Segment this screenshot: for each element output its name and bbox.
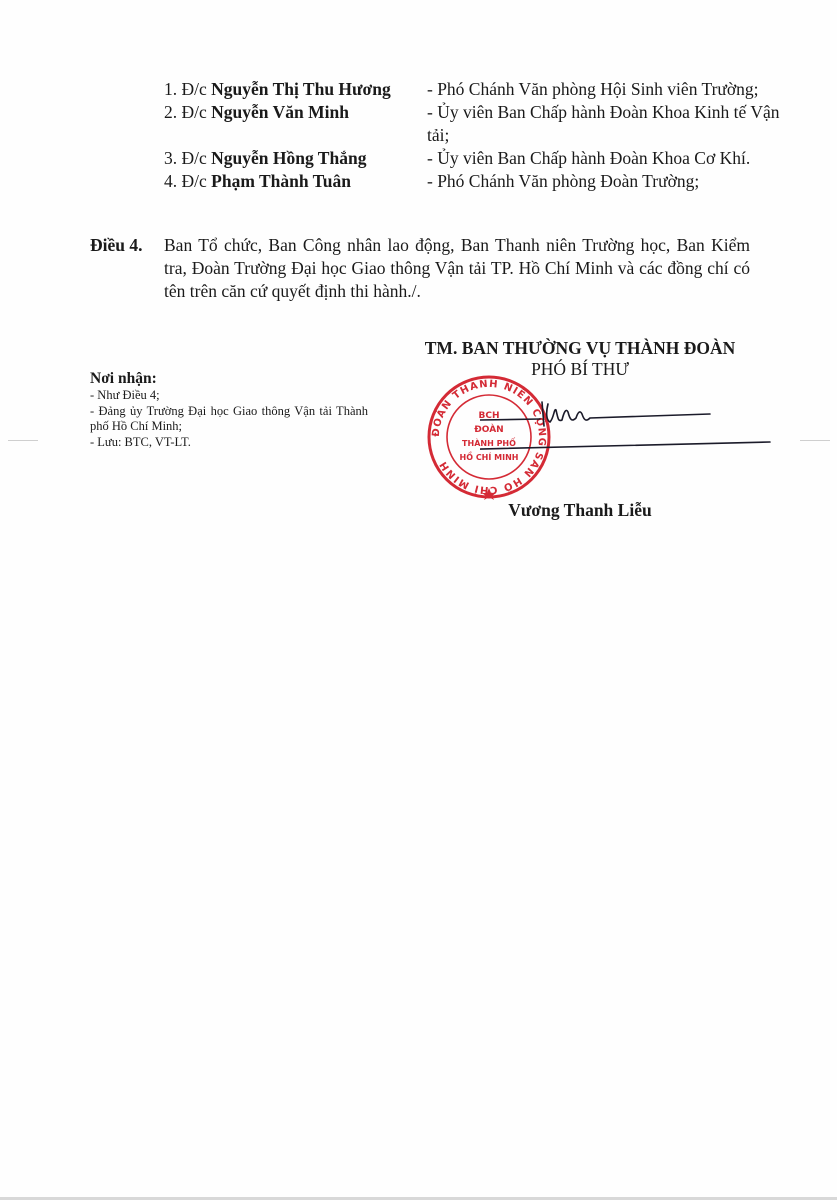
member-role: - Phó Chánh Văn phòng Hội Sinh viên Trườ… bbox=[427, 78, 804, 101]
article-4: Điều 4. Ban Tổ chức, Ban Công nhân lao đ… bbox=[90, 234, 750, 303]
recipients-list: - Như Điều 4; - Đảng ủy Trường Đại học G… bbox=[90, 388, 368, 450]
document-page: 1. Đ/c Nguyễn Thị Thu Hương - Phó Chánh … bbox=[0, 0, 837, 1200]
member-name: Nguyễn Thị Thu Hương bbox=[211, 79, 391, 99]
member-row: 3. Đ/c Nguyễn Hồng Thắng - Ủy viên Ban C… bbox=[164, 147, 804, 170]
member-prefix: 3. Đ/c bbox=[164, 148, 211, 168]
member-list: 1. Đ/c Nguyễn Thị Thu Hương - Phó Chánh … bbox=[164, 78, 804, 193]
member-prefix: 2. Đ/c bbox=[164, 102, 211, 122]
member-prefix: 1. Đ/c bbox=[164, 79, 211, 99]
article-text: Ban Tổ chức, Ban Công nhân lao động, Ban… bbox=[164, 234, 750, 303]
handwritten-signature-icon bbox=[480, 400, 800, 480]
signer-name: Vương Thanh Liễu bbox=[380, 500, 780, 521]
member-row: 4. Đ/c Phạm Thành Tuân - Phó Chánh Văn p… bbox=[164, 170, 804, 193]
recipient-item: - Như Điều 4; bbox=[90, 388, 368, 404]
member-role: - Ủy viên Ban Chấp hành Đoàn Khoa Cơ Khí… bbox=[427, 147, 804, 170]
member-row: 1. Đ/c Nguyễn Thị Thu Hương - Phó Chánh … bbox=[164, 78, 804, 101]
article-label: Điều 4. bbox=[90, 234, 164, 303]
recipients-block: Nơi nhận: - Như Điều 4; - Đảng ủy Trường… bbox=[90, 370, 368, 450]
recipient-item: - Đảng ủy Trường Đại học Giao thông Vận … bbox=[90, 404, 368, 435]
member-row: 2. Đ/c Nguyễn Văn Minh - Ủy viên Ban Chấ… bbox=[164, 101, 804, 147]
member-name: Nguyễn Văn Minh bbox=[211, 102, 349, 122]
member-role: - Phó Chánh Văn phòng Đoàn Trường; bbox=[427, 170, 804, 193]
member-name: Nguyễn Hồng Thắng bbox=[211, 148, 366, 168]
member-name: Phạm Thành Tuân bbox=[211, 171, 351, 191]
member-role: - Ủy viên Ban Chấp hành Đoàn Khoa Kinh t… bbox=[427, 101, 804, 147]
recipients-title: Nơi nhận: bbox=[90, 370, 368, 388]
recipient-item: - Lưu: BTC, VT-LT. bbox=[90, 435, 368, 451]
signature-organization: TM. BAN THƯỜNG VỤ THÀNH ĐOÀN bbox=[380, 338, 780, 359]
scan-margin-mark bbox=[800, 440, 830, 441]
member-prefix: 4. Đ/c bbox=[164, 171, 211, 191]
scan-margin-mark bbox=[8, 440, 38, 441]
